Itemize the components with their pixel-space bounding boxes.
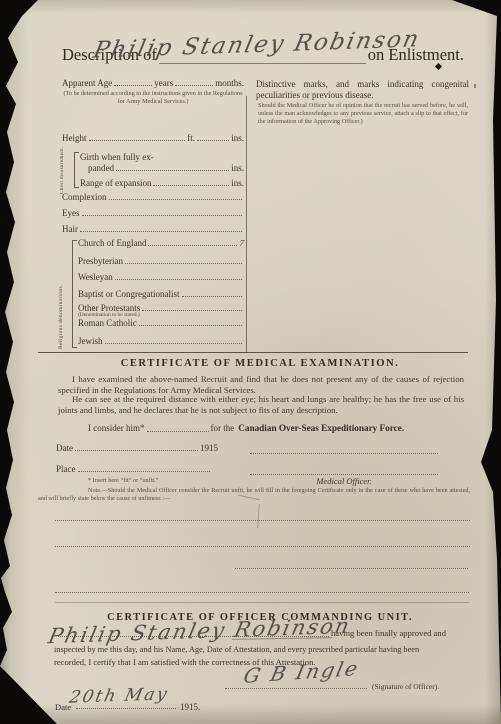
force-name: Canadian Over-Seas Expeditionary Force.	[238, 423, 404, 434]
height-ft-label: ft.	[187, 133, 195, 143]
field-height: Height ft. ins.	[62, 133, 244, 143]
dotted-line	[153, 185, 229, 186]
signature-of-officer-label: (Signature of Officer).	[372, 682, 439, 691]
dotted-line	[116, 170, 229, 171]
faint-rule	[55, 602, 469, 603]
religion-row-church-of-england: Church of England 7	[78, 238, 244, 248]
apparent-age-months-label: months.	[215, 78, 244, 88]
dotted-line	[125, 263, 242, 264]
commanding-date-handwritten: 20th May	[67, 684, 170, 707]
religion-row-baptist: Baptist or Congregationalist	[78, 289, 244, 299]
scanned-attestation-page: Description of on Enlistment. Philip Sta…	[0, 0, 501, 724]
complexion-label: Complexion	[62, 192, 107, 202]
religion-row-roman-catholic: Roman Catholic	[78, 318, 244, 328]
dotted-line	[115, 279, 242, 280]
dotted-line	[182, 296, 243, 297]
field-girth: panded ins.	[88, 163, 244, 173]
chest-measurement-side-label: Chest measurement.	[60, 150, 65, 194]
range-unit-label: ins.	[231, 178, 244, 188]
consider-fit-row: I consider him* for the Canadian Over-Se…	[88, 423, 470, 434]
range-label: Range of expansion	[80, 178, 151, 188]
religion-row-jewish: Jewish	[78, 336, 244, 346]
apparent-age-label: Apparent Age	[62, 78, 112, 88]
handwritten-check-mark: 7	[238, 239, 245, 248]
hair-label: Hair	[62, 224, 78, 234]
religion-label: Presbyterian	[78, 256, 123, 266]
dotted-line	[142, 310, 242, 311]
distinctive-marks-heading: Distinctive marks, and marks indicating …	[256, 79, 469, 102]
religion-label: Church of England	[78, 238, 146, 248]
medical-place-row: Place	[56, 464, 212, 474]
eyes-label: Eyes	[62, 208, 80, 218]
section-rule	[38, 352, 468, 353]
dotted-line	[82, 215, 243, 216]
religion-label: Jewish	[78, 336, 103, 346]
religion-bracket	[72, 240, 77, 348]
girth-label-line2: panded	[88, 163, 114, 173]
field-hair: Hair	[62, 224, 244, 234]
medical-signature-line	[250, 443, 438, 454]
religion-label: Baptist or Congregationalist	[78, 289, 180, 299]
insert-fit-note: * Insert here “fit” or “unfit.”	[88, 477, 158, 485]
girth-unit-label: ins.	[231, 163, 244, 173]
dotted-line	[114, 85, 152, 86]
dotted-line	[89, 140, 186, 141]
medical-date-label: Date	[56, 443, 73, 453]
dotted-line	[197, 140, 229, 141]
consider-mid: for the	[211, 423, 235, 433]
religion-row-wesleyan: Wesleyan	[78, 272, 244, 282]
dotted-line	[147, 431, 209, 432]
commanding-date-year: 1915.	[180, 702, 200, 712]
religion-row-presbyterian: Presbyterian	[78, 256, 244, 266]
officer-signature-line	[225, 678, 367, 689]
blank-fill-line-2	[55, 536, 470, 547]
field-eyes: Eyes	[62, 208, 244, 218]
medical-date-row: Date 1915	[56, 443, 218, 453]
dotted-line	[148, 245, 236, 246]
distinctive-marks-note: Should the Medical Officer be of opinion…	[258, 102, 468, 125]
dotted-line	[80, 231, 242, 232]
unfitness-note: Note.—Should the Medical Officer conside…	[38, 487, 470, 503]
field-range-of-expansion: Range of expansion ins.	[80, 178, 244, 188]
dotted-line	[139, 325, 242, 326]
girth-label-line1: Girth when fully ex-	[80, 152, 154, 162]
blank-fill-line-1	[55, 510, 470, 521]
commanding-line-2: inspected by me this day, and his Name, …	[54, 645, 466, 654]
consider-prefix: I consider him*	[88, 423, 145, 433]
title-writing-line	[159, 63, 366, 64]
medical-officer-label: Medical Officer.	[250, 476, 438, 486]
religion-label: Wesleyan	[78, 272, 113, 282]
religious-denominations-side-label: Religious denominations.	[58, 241, 64, 349]
medical-officer-line	[250, 464, 438, 475]
dotted-line	[78, 471, 211, 472]
dotted-line	[75, 450, 198, 451]
blank-fill-line-3	[235, 558, 468, 569]
blank-fill-line-4	[55, 582, 469, 593]
paper-sheet: Description of on Enlistment. Philip Sta…	[0, 0, 501, 724]
apparent-age-note: (To be determined according to the instr…	[62, 90, 244, 106]
dotted-line	[109, 199, 243, 200]
height-ins-label: ins.	[231, 133, 244, 143]
stray-ink-mark	[474, 84, 476, 88]
height-label: Height	[62, 133, 87, 143]
medical-certificate-heading: CERTIFICATE OF MEDICAL EXAMINATION.	[40, 358, 480, 369]
religion-label: Roman Catholic	[78, 318, 137, 328]
field-apparent-age: Apparent Age years months.	[62, 78, 244, 88]
medical-date-year: 1915	[200, 443, 218, 453]
medical-place-label: Place	[56, 464, 76, 474]
dotted-line	[105, 343, 243, 344]
apparent-age-years-label: years	[154, 78, 173, 88]
field-complexion: Complexion	[62, 192, 244, 202]
chest-bracket	[74, 152, 79, 188]
column-divider-line	[246, 96, 247, 352]
medical-paragraph-2: He can see at the required distance with…	[58, 394, 464, 417]
dotted-line	[175, 85, 213, 86]
